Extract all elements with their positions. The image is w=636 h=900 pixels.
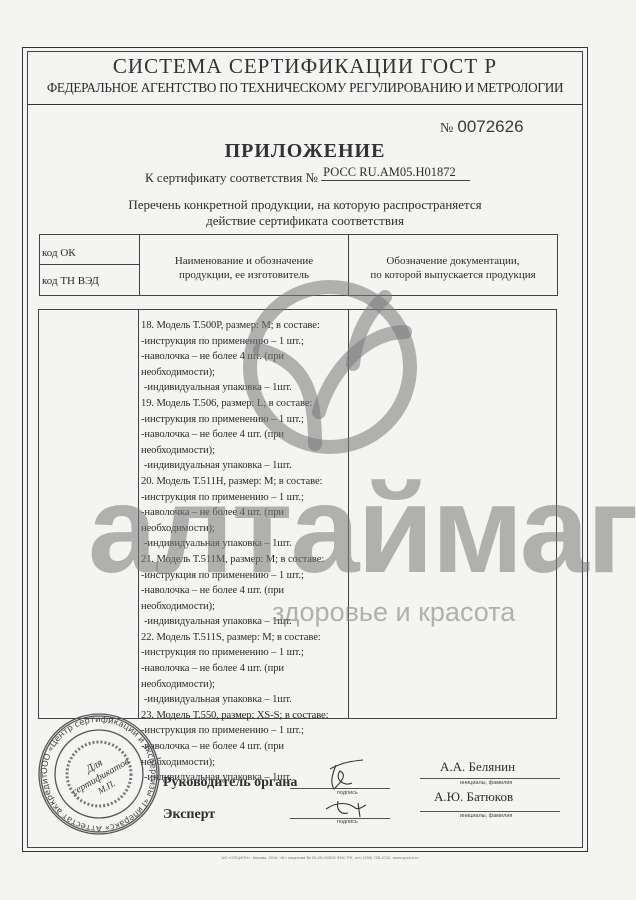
list-item: 20. Модель Т.511Н, размер: М; в составе:… bbox=[141, 474, 348, 552]
head-name-line bbox=[420, 778, 560, 779]
expert-signature-caption: подпись bbox=[337, 819, 358, 825]
item-title: 23. Модель Т.550, размер: XS-S; в состав… bbox=[141, 708, 348, 724]
item-instruction: -инструкция по применению – 1 шт.; bbox=[141, 412, 348, 428]
expert-name: А.Ю. Батюков bbox=[434, 789, 513, 805]
item-packaging: -индивидуальная упаковка – 1шт. bbox=[141, 692, 348, 708]
list-item: 18. Модель Т.500Р, размер: М; в составе:… bbox=[141, 318, 348, 396]
list-item: 19. Модель Т.506, размер: L; в составе:-… bbox=[141, 396, 348, 474]
certification-system-title: СИСТЕМА СЕРТИФИКАЦИИ ГОСТ Р bbox=[27, 54, 583, 79]
item-packaging: -индивидуальная упаковка – 1шт. bbox=[141, 536, 348, 552]
documentation-column-header-line1: Обозначение документации, bbox=[349, 254, 557, 268]
head-of-body-label: Руководитель органа bbox=[163, 775, 297, 791]
item-title: 22. Модель Т.511S, размер: М; в составе: bbox=[141, 630, 348, 646]
item-pillowcase: -наволочка – не более 4 шт. (при bbox=[141, 583, 348, 599]
table-header: код ОК код ТН ВЭД Наименование и обознач… bbox=[39, 234, 558, 296]
products-column: 18. Модель Т.500Р, размер: М; в составе:… bbox=[139, 310, 349, 718]
list-item: 22. Модель Т.511S, размер: М; в составе:… bbox=[141, 630, 348, 708]
head-name: А.А. Белянин bbox=[440, 759, 515, 775]
certificate-label: К сертификату соответствия № bbox=[145, 170, 318, 185]
item-title: 21. Модель Т.511М, размер: М; в составе: bbox=[141, 552, 348, 568]
item-instruction: -инструкция по применению – 1 шт.; bbox=[141, 645, 348, 661]
form-number-value: 0072626 bbox=[457, 117, 523, 136]
header-divider bbox=[27, 104, 583, 105]
documentation-column-header: Обозначение документации, по которой вып… bbox=[349, 235, 557, 295]
expert-label: Эксперт bbox=[163, 807, 215, 823]
certificate-number: РОСС RU.AM05.H01872 bbox=[321, 165, 470, 181]
item-pillowcase: -наволочка – не более 4 шт. (при bbox=[141, 349, 348, 365]
codes-column-header: код ОК код ТН ВЭД bbox=[40, 235, 140, 295]
item-pillowcase: -наволочка – не более 4 шт. (при bbox=[141, 427, 348, 443]
expert-name-caption: инициалы, фамилия bbox=[460, 813, 512, 819]
item-instruction: -инструкция по применению – 1 шт.; bbox=[141, 490, 348, 506]
item-pillowcase: -наволочка – не более 4 шт. (при bbox=[141, 661, 348, 677]
item-title: 18. Модель Т.500Р, размер: М; в составе: bbox=[141, 318, 348, 334]
item-instruction: -инструкция по применению – 1 шт.; bbox=[141, 334, 348, 350]
official-stamp-icon: ООО «Центр сертификации и экспертизы «Ги… bbox=[36, 712, 162, 836]
item-packaging: -индивидуальная упаковка – 1шт. bbox=[141, 380, 348, 396]
item-pillowcase-cont: необходимости); bbox=[141, 599, 348, 615]
certificate-reference: К сертификату соответствия № РОСС RU.AM0… bbox=[145, 170, 470, 187]
item-title: 20. Модель Т.511Н, размер: М; в составе: bbox=[141, 474, 348, 490]
product-column-header-line1: Наименование и обозначение bbox=[140, 254, 348, 268]
subtitle-line-2: действие сертификата соответствия bbox=[27, 213, 583, 229]
item-instruction: -инструкция по применению – 1 шт.; bbox=[141, 723, 348, 739]
product-column-header: Наименование и обозначение продукции, ее… bbox=[140, 235, 349, 295]
item-instruction: -инструкция по применению – 1 шт.; bbox=[141, 568, 348, 584]
item-pillowcase-cont: необходимости); bbox=[141, 677, 348, 693]
head-signature-line bbox=[290, 788, 390, 789]
documentation-column-header-line2: по которой выпускается продукция bbox=[349, 268, 557, 282]
expert-name-line bbox=[420, 811, 560, 812]
item-title: 19. Модель Т.506, размер: L; в составе: bbox=[141, 396, 348, 412]
head-name-caption: инициалы, фамилия bbox=[460, 780, 512, 786]
agency-title: ФЕДЕРАЛЬНОЕ АГЕНТСТВО ПО ТЕХНИЧЕСКОМУ РЕ… bbox=[27, 80, 583, 96]
list-item: 21. Модель Т.511М, размер: М; в составе:… bbox=[141, 552, 348, 630]
head-signature-caption: подпись bbox=[337, 790, 358, 796]
product-column-header-line2: продукции, ее изготовитель bbox=[140, 268, 348, 282]
item-pillowcase: -наволочка – не более 4 шт. (при bbox=[141, 505, 348, 521]
form-number: №0072626 bbox=[440, 117, 524, 137]
item-packaging: -индивидуальная упаковка – 1шт. bbox=[141, 458, 348, 474]
subtitle-line-1: Перечень конкретной продукции, на котору… bbox=[27, 197, 583, 213]
item-pillowcase-cont: необходимости); bbox=[141, 365, 348, 381]
code-ok-label: код ОК bbox=[40, 235, 139, 265]
number-sign: № bbox=[440, 121, 453, 136]
documentation-column bbox=[349, 310, 556, 718]
codes-column bbox=[39, 310, 139, 718]
printer-imprint: АО «ОПЦИОН», Москва, 2016, «Б» лицензия … bbox=[80, 855, 560, 860]
item-packaging: -индивидуальная упаковка – 1шт. bbox=[141, 614, 348, 630]
item-pillowcase-cont: необходимости); bbox=[141, 755, 348, 771]
code-tn-ved-label: код ТН ВЭД bbox=[40, 265, 139, 295]
product-table: 18. Модель Т.500Р, размер: М; в составе:… bbox=[38, 309, 557, 719]
item-pillowcase-cont: необходимости); bbox=[141, 443, 348, 459]
appendix-title: ПРИЛОЖЕНИЕ bbox=[27, 140, 583, 163]
item-pillowcase: -наволочка – не более 4 шт. (при bbox=[141, 739, 348, 755]
item-pillowcase-cont: необходимости); bbox=[141, 521, 348, 537]
